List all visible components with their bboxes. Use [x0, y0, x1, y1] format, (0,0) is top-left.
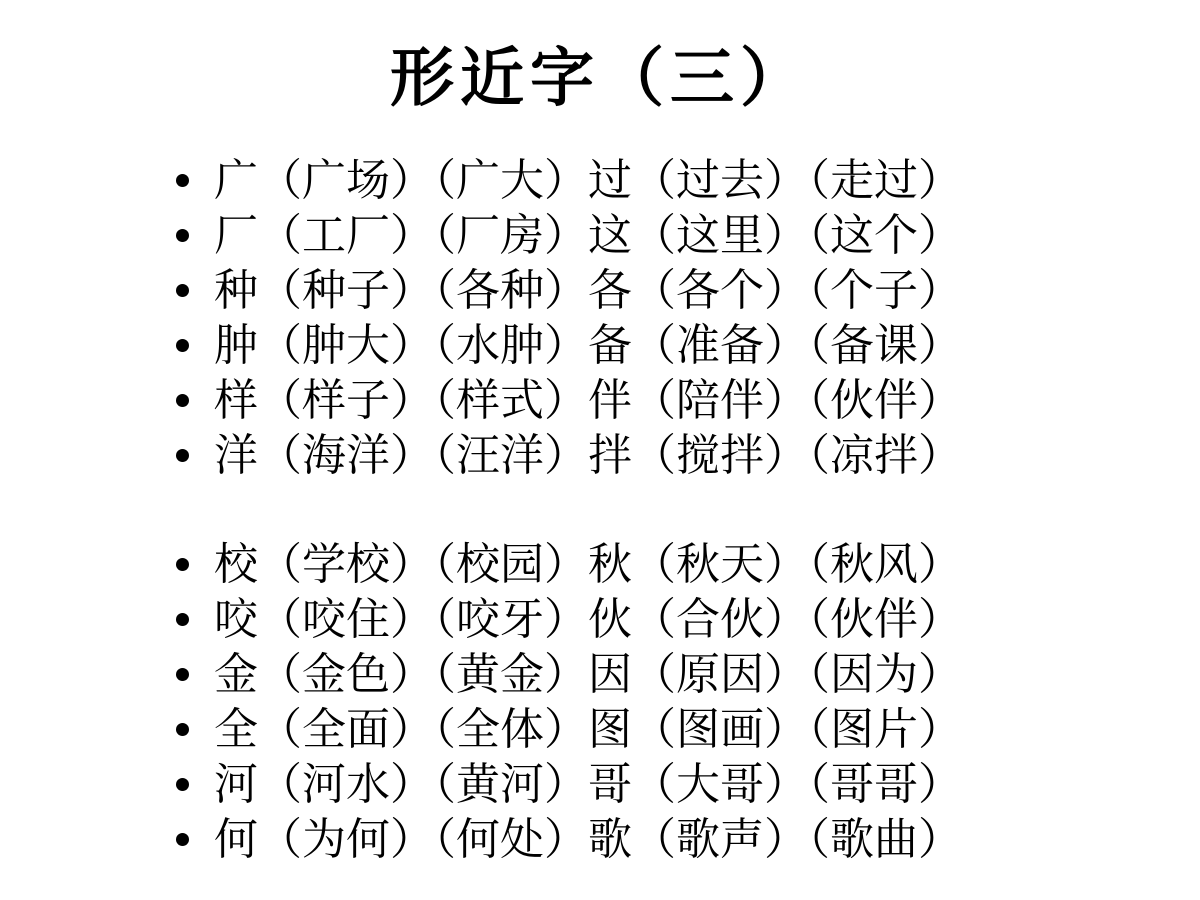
vocab-group-1: 广（广场）（广大）过（过去）（走过） 厂（工厂）（厂房）这（这里）（这个） 种（…: [0, 153, 1200, 483]
list-item-text: 肿（肿大）（水肿）备（准备）（备课）: [214, 318, 962, 373]
list-item: 广（广场）（广大）过（过去）（走过）: [176, 153, 1200, 208]
bullet-icon: [176, 558, 189, 571]
list-item-text: 金（金色）（黄金）因（原因）（因为）: [214, 647, 962, 702]
bullet-icon: [176, 394, 189, 407]
list-item-text: 厂（工厂）（厂房）这（这里）（这个）: [214, 208, 962, 263]
bullet-icon: [176, 668, 189, 681]
bullet-icon: [176, 723, 189, 736]
list-item-text: 校（学校）（校园）秋（秋天）（秋风）: [214, 537, 962, 592]
bullet-icon: [176, 613, 189, 626]
slide-title: 形近字（三）: [0, 40, 1200, 117]
bullet-icon: [176, 174, 189, 187]
bullet-icon: [176, 339, 189, 352]
bullet-icon: [176, 449, 189, 462]
list-item-text: 何（为何）（何处）歌（歌声）（歌曲）: [214, 812, 962, 867]
list-item: 样（样子）（样式）伴（陪伴）（伙伴）: [176, 373, 1200, 428]
list-item: 种（种子）（各种）各（各个）（个子）: [176, 263, 1200, 318]
list-item: 洋（海洋）（汪洋）拌（搅拌）（凉拌）: [176, 428, 1200, 483]
list-item: 咬（咬住）（咬牙）伙（合伙）（伙伴）: [176, 592, 1200, 647]
list-item: 全（全面）（全体）图（图画）（图片）: [176, 702, 1200, 757]
list-item-text: 种（种子）（各种）各（各个）（个子）: [214, 263, 962, 318]
list-item: 金（金色）（黄金）因（原因）（因为）: [176, 647, 1200, 702]
list-item-text: 河（河水）（黄河）哥（大哥）（哥哥）: [214, 757, 962, 812]
list-item-text: 样（样子）（样式）伴（陪伴）（伙伴）: [214, 373, 962, 428]
vocab-group-2: 校（学校）（校园）秋（秋天）（秋风） 咬（咬住）（咬牙）伙（合伙）（伙伴） 金（…: [0, 537, 1200, 867]
list-item: 校（学校）（校园）秋（秋天）（秋风）: [176, 537, 1200, 592]
list-item: 何（为何）（何处）歌（歌声）（歌曲）: [176, 812, 1200, 867]
list-item: 厂（工厂）（厂房）这（这里）（这个）: [176, 208, 1200, 263]
slide-canvas: 形近字（三） 广（广场）（广大）过（过去）（走过） 厂（工厂）（厂房）这（这里）…: [0, 0, 1200, 900]
bullet-icon: [176, 284, 189, 297]
bullet-icon: [176, 833, 189, 846]
list-item: 河（河水）（黄河）哥（大哥）（哥哥）: [176, 757, 1200, 812]
list-item-text: 洋（海洋）（汪洋）拌（搅拌）（凉拌）: [214, 428, 962, 483]
list-item: 肿（肿大）（水肿）备（准备）（备课）: [176, 318, 1200, 373]
bullet-icon: [176, 229, 189, 242]
list-item-text: 全（全面）（全体）图（图画）（图片）: [214, 702, 962, 757]
list-item-text: 咬（咬住）（咬牙）伙（合伙）（伙伴）: [214, 592, 962, 647]
list-item-text: 广（广场）（广大）过（过去）（走过）: [214, 153, 962, 208]
bullet-icon: [176, 778, 189, 791]
